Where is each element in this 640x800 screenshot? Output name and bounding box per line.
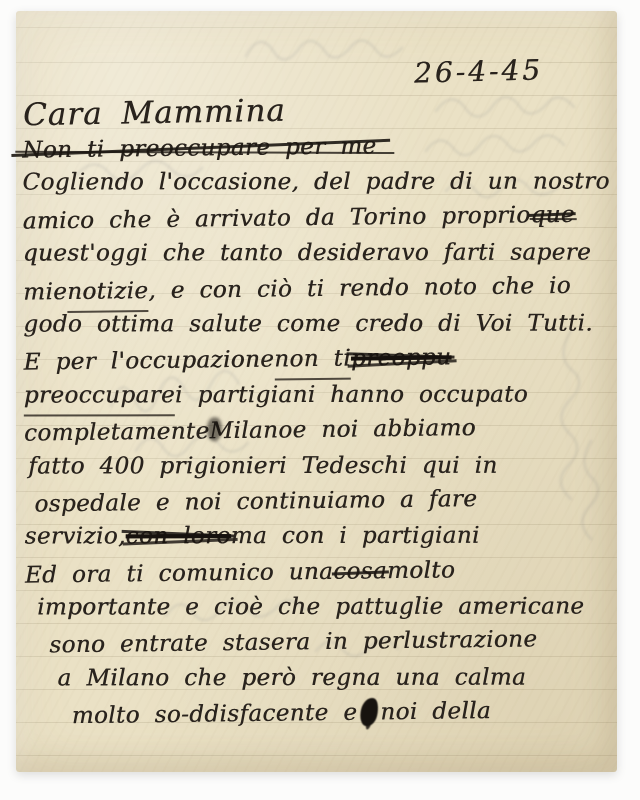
letter-line: amico che è arrivato da Torino proprio q… — [23, 197, 608, 240]
text-segment: e noi abbiamo — [292, 411, 476, 449]
letter-line: Non ti preoccupare per me — [22, 126, 607, 169]
text-segment: mie — [23, 275, 67, 311]
text-segment: importante e cioè che pattuglie american… — [37, 590, 584, 626]
letter-line: Cogliendo l'occasione, del padre di un n… — [22, 165, 607, 201]
letter-line: completamente Milano e noi abbiamo — [24, 410, 609, 453]
letter-paper: 26-4-45 Cara Mammina Non ti preoccupare … — [16, 11, 617, 772]
text-segment: E per l'occupazione — [23, 343, 274, 381]
text-strike-heavy: que — [530, 198, 575, 234]
text-segment: molto — [387, 553, 456, 589]
text-scribble: con loro — [126, 519, 231, 555]
text-segment: ospedale e noi continuiamo a fare — [34, 482, 477, 523]
letter-line: importante e cioè che pattuglie american… — [37, 590, 610, 626]
text-strike-heavy: Non ti preoccupare per me — [22, 129, 377, 169]
text-segment: a Milano che però regna una calma — [57, 660, 526, 696]
letter-line: E per l'occupazione non ti preoppu — [23, 339, 608, 382]
letter-line: preoccupare i partigiani hanno occupato — [24, 377, 609, 413]
text-underline: non ti — [274, 342, 351, 381]
text-strike: cosa — [333, 554, 387, 590]
ink-blot — [357, 696, 380, 728]
letter-greeting: Cara Mammina — [23, 93, 286, 134]
text-scribble: preoppu — [351, 341, 452, 378]
letter-line: Ed ora ti comunico una cosa molto — [25, 551, 610, 594]
text-segment: Ed ora ti comunico una — [25, 554, 334, 593]
text-segment: quest'oggi che tanto desideravo farti sa… — [23, 236, 591, 272]
letter-line: mie notizie, e con ciò ti rendo noto che… — [23, 268, 608, 311]
text-segment: godo ottima salute come credo di Voi Tut… — [23, 306, 593, 342]
letter-line: godo ottima salute come credo di Voi Tut… — [23, 306, 608, 342]
letter-line: a Milano che però regna una calma — [57, 660, 610, 696]
text-segment: i partigiani hanno occupato — [175, 377, 528, 413]
text-segment: sono entrate stasera in perlustrazione — [49, 623, 537, 664]
text-smudge: Milano — [209, 413, 292, 449]
letter-line: quest'oggi che tanto desideravo farti sa… — [23, 236, 608, 272]
letter-line: sono entrate stasera in perlustrazione — [49, 622, 610, 664]
text-segment: amico che è arrivato da Torino proprio — [23, 198, 531, 240]
letter-line: ospedale e noi continuiamo a fare — [34, 480, 609, 522]
text-segment: completamente — [24, 414, 210, 452]
letter-date: 26-4-45 — [414, 53, 544, 89]
text-underline: preoccupare — [24, 378, 175, 417]
text-segment: molto so-ddisfacente e — [72, 696, 358, 735]
text-segment: ma con i partigiani — [231, 519, 480, 555]
text-segment: Cogliendo l'occasione, del padre di un n… — [22, 165, 609, 201]
text-segment: noi della — [380, 694, 491, 731]
letter-line: fatto 400 prigionieri Tedeschi qui in — [28, 448, 609, 484]
letter-line: molto so-ddisfacente e noi della — [72, 693, 611, 735]
text-segment: fatto 400 prigionieri Tedeschi qui in — [28, 448, 497, 484]
letter-lines: Non ti preoccupare per meCogliendo l'occ… — [22, 128, 611, 733]
text-segment: , e con ciò ti rendo noto che io — [148, 268, 571, 309]
text-segment: servizio, — [25, 520, 126, 556]
letter-line: servizio, con loro ma con i partigiani — [25, 519, 610, 555]
